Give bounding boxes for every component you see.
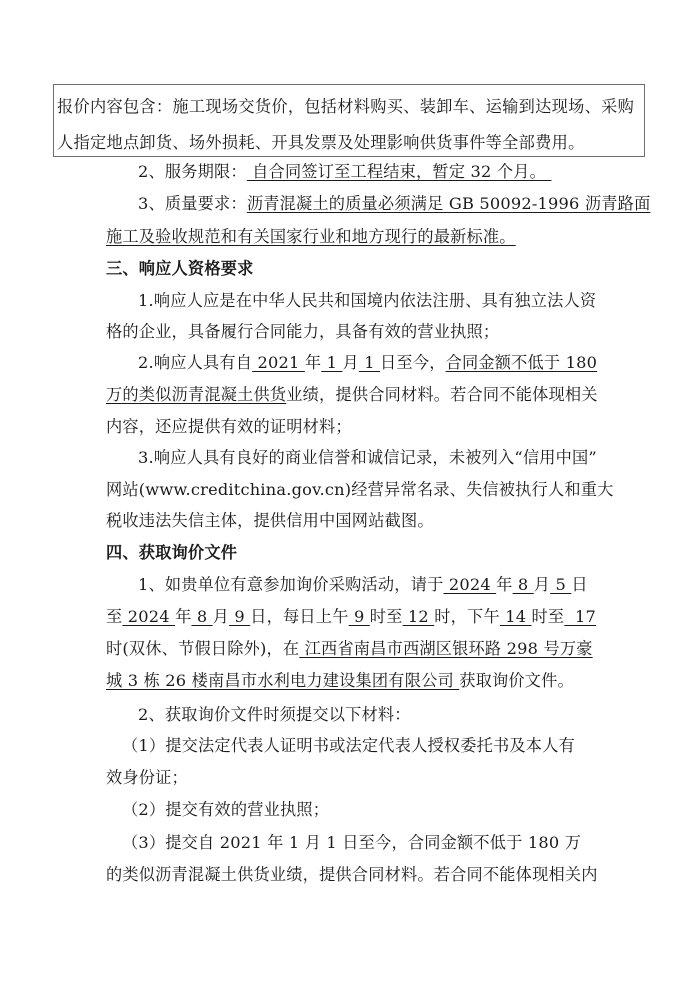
address-field-2: 城 3 栋 26 楼南昌市水利电力建设集团有限公司 (106, 671, 459, 690)
qualification-3-line-1: 3.响应人具有良好的商业信誉和诚信记录，未被列入“信用中国” (138, 448, 598, 468)
service-period-value: 自合同签订至工程结束，暂定 32 个月。 (247, 162, 552, 181)
materials-heading: 2、获取询价文件时须提交以下材料： (138, 705, 598, 725)
material-3-line-2: 的类似沥青混凝土供货业绩，提供合同材料。若合同不能体现相关内 (106, 865, 598, 885)
qualification-3-line-3: 税收违法失信主体，提供信用中国网站截图。 (106, 511, 598, 531)
section-3-heading: 三、响应人资格要求 (106, 259, 598, 279)
start-day-field: 5 (550, 575, 571, 594)
obtain-docs-line-4: 城 3 栋 26 楼南昌市水利电力建设集团有限公司 获取询价文件。 (106, 671, 598, 691)
obtain-docs-line-2: 至 2024 年 8 月 9 日，每日上午 9 时至 12 时，下午 14 时至… (106, 607, 598, 627)
material-2: （2）提交有效的营业执照； (122, 800, 598, 820)
am-end-field: 12 (403, 607, 435, 626)
service-period-label: 2、服务期限： (138, 162, 247, 181)
section-4-heading: 四、获取询价文件 (106, 543, 598, 563)
pm-end-field: 17 (564, 607, 596, 626)
quality-value-1: 沥青混凝土的质量必须满足 GB 50092-1996 沥青路面 (247, 194, 651, 213)
document-page: 报价内容包含：施工现场交货价，包括材料购买、装卸车、运输到达现场、采购 人指定地… (0, 0, 700, 989)
end-month-field: 8 (191, 607, 212, 626)
amount-field-1: 合同金额不低于 180 (446, 353, 598, 372)
end-day-field: 9 (229, 607, 250, 626)
start-month-field: 8 (513, 575, 534, 594)
quality-value-2: 施工及验收规范和有关国家行业和地方现行的最新标准。 (106, 227, 516, 246)
end-year-field: 2024 (122, 607, 175, 626)
material-3-line-1: （3）提交自 2021 年 1 月 1 日至今，合同金额不低于 180 万 (122, 833, 598, 853)
pm-start-field: 14 (500, 607, 532, 626)
quality-label: 3、质量要求： (138, 194, 247, 213)
quality-requirement: 3、质量要求：沥青混凝土的质量必须满足 GB 50092-1996 沥青路面 (138, 194, 598, 214)
day-field: 1 (359, 353, 380, 372)
quality-requirement-cont: 施工及验收规范和有关国家行业和地方现行的最新标准。 (106, 227, 598, 247)
service-period: 2、服务期限： 自合同签订至工程结束，暂定 32 个月。 (138, 162, 598, 182)
start-year-field: 2024 (443, 575, 496, 594)
obtain-docs-line-1: 1、如贵单位有意参加询价采购活动，请于 2024 年 8 月 5 日 (138, 575, 598, 595)
material-1-line-1: （1）提交法定代表人证明书或法定代表人授权委托书及本人有 (122, 736, 598, 756)
qualification-1-line-2: 格的企业，具备履行合同能力，具备有效的营业执照； (106, 322, 598, 342)
qualification-3-line-2: 网站(www.creditchina.gov.cn)经营异常名录、失信被执行人和… (106, 480, 598, 500)
obtain-docs-line-3: 时(双休、节假日除外)，在 江西省南昌市西湖区银环路 298 号万豪 (106, 639, 598, 659)
price-note-line-1: 报价内容包含：施工现场交货价，包括材料购买、装卸车、运输到达现场、采购 (57, 97, 643, 117)
qualification-2-line-1: 2.响应人具有自 2021 年 1 月 1 日至今，合同金额不低于 180 (138, 353, 598, 373)
qualification-2-line-2: 万的类似沥青混凝土供货业绩，提供合同材料。若合同不能体现相关 (106, 385, 598, 405)
am-start-field: 9 (349, 607, 370, 626)
month-field: 1 (321, 353, 342, 372)
year-field: 2021 (252, 353, 305, 372)
qualification-2-line-3: 内容，还应提供有效的证明材料； (106, 417, 598, 437)
material-1-line-2: 效身份证； (106, 768, 598, 788)
address-field-1: 江西省南昌市西湖区银环路 298 号万豪 (299, 639, 592, 658)
amount-field-2: 万的类似沥青混凝土供货 (106, 385, 286, 404)
price-note-line-2: 人指定地点卸货、场外损耗、开具发票及处理影响供货事件等全部费用。 (57, 133, 643, 153)
qualification-1-line-1: 1.响应人应是在中华人民共和国境内依法注册、具有独立法人资 (138, 291, 598, 311)
